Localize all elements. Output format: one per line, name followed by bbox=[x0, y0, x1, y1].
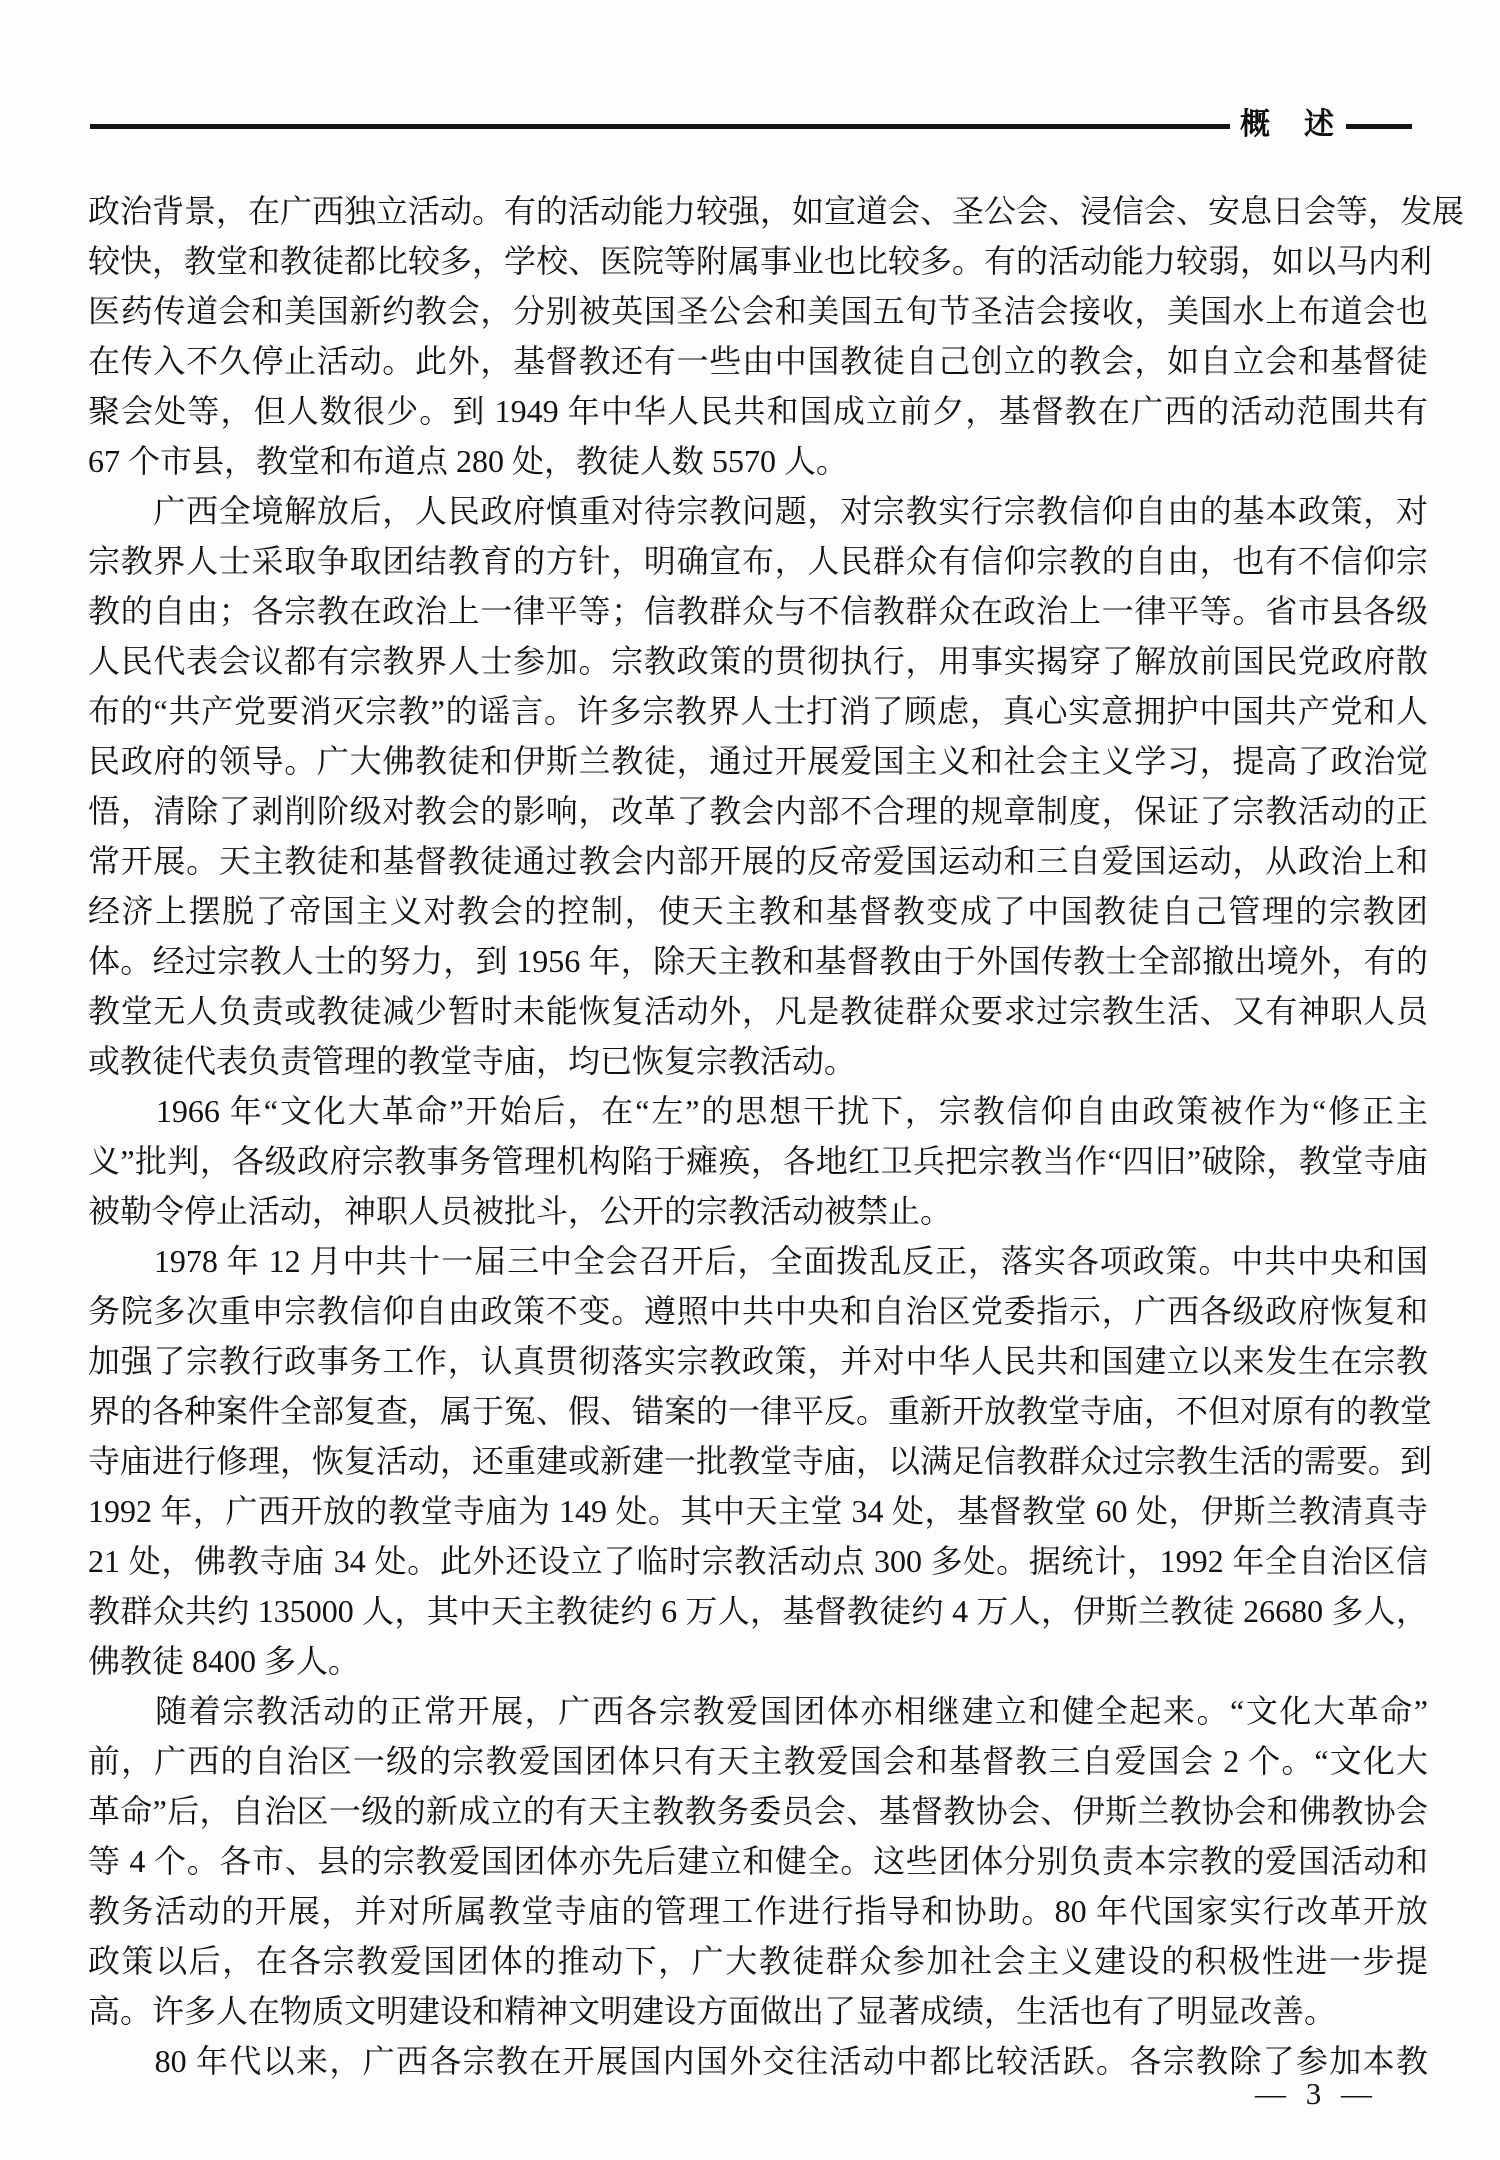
text-line: 等 4 个。各市、县的宗教爱国团体亦先后建立和健全。这些团体分别负责本宗教的爱国… bbox=[88, 1836, 1428, 1886]
text-line: 21 处，佛教寺庙 34 处。此外还设立了临时宗教活动点 300 多处。据统计，… bbox=[88, 1536, 1428, 1586]
text-line: 体。经过宗教人士的努力，到 1956 年，除天主教和基督教由于外国传教士全部撤出… bbox=[88, 936, 1428, 986]
paragraph: 随着宗教活动的正常开展，广西各宗教爱国团体亦相继建立和健全起来。“文化大革命”前… bbox=[88, 1686, 1428, 2036]
text-line: 经济上摆脱了帝国主义对教会的控制，使天主教和基督教变成了中国教徒自己管理的宗教团 bbox=[88, 886, 1428, 936]
text-line: 被勒令停止活动，神职人员被批斗，公开的宗教活动被禁止。 bbox=[88, 1186, 1428, 1236]
article-body: 政治背景，在广西独立活动。有的活动能力较强，如宣道会、圣公会、浸信会、安息日会等… bbox=[88, 186, 1428, 2086]
text-line: 广西全境解放后，人民政府慎重对待宗教问题，对宗教实行宗教信仰自由的基本政策，对 bbox=[88, 486, 1428, 536]
running-head: 概 述 bbox=[90, 100, 1412, 142]
text-line: 教群众共约 135000 人，其中天主教徒约 6 万人，基督教徒约 4 万人，伊… bbox=[88, 1586, 1428, 1636]
paragraph: 80 年代以来，广西各宗教在开展国内国外交往活动中都比较活跃。各宗教除了参加本教 bbox=[88, 2036, 1428, 2086]
text-line: 人民代表会议都有宗教界人士参加。宗教政策的贯彻执行，用事实揭穿了解放前国民党政府… bbox=[88, 636, 1428, 686]
text-line: 民政府的领导。广大佛教徒和伊斯兰教徒，通过开展爱国主义和社会主义学习，提高了政治… bbox=[88, 736, 1428, 786]
text-line: 在传入不久停止活动。此外，基督教还有一些由中国教徒自己创立的教会，如自立会和基督… bbox=[88, 336, 1428, 386]
text-line: 随着宗教活动的正常开展，广西各宗教爱国团体亦相继建立和健全起来。“文化大革命” bbox=[88, 1686, 1428, 1736]
text-line: 政策以后，在各宗教爱国团体的推动下，广大教徒群众参加社会主义建设的积极性进一步提 bbox=[88, 1936, 1428, 1986]
text-line: 前，广西的自治区一级的宗教爱国团体只有天主教爱国会和基督教三自爱国会 2 个。“… bbox=[88, 1736, 1428, 1786]
page-number: — 3 — bbox=[1255, 2074, 1378, 2114]
text-line: 佛教徒 8400 多人。 bbox=[88, 1636, 1428, 1686]
text-line: 务院多次重申宗教信仰自由政策不变。遵照中共中央和自治区党委指示，广西各级政府恢复… bbox=[88, 1286, 1428, 1336]
text-line: 高。许多人在物质文明建设和精神文明建设方面做出了显著成绩，生活也有了明显改善。 bbox=[88, 1986, 1428, 2036]
text-line: 较快，教堂和教徒都比较多，学校、医院等附属事业也比较多。有的活动能力较弱，如以马… bbox=[88, 236, 1428, 286]
paragraph: 广西全境解放后，人民政府慎重对待宗教问题，对宗教实行宗教信仰自由的基本政策，对宗… bbox=[88, 486, 1428, 1086]
text-line: 寺庙进行修理，恢复活动，还重建或新建一批教堂寺庙，以满足信教群众过宗教生活的需要… bbox=[88, 1436, 1428, 1486]
text-line: 医药传道会和美国新约教会，分别被英国圣公会和美国五旬节圣洁会接收，美国水上布道会… bbox=[88, 286, 1428, 336]
text-line: 布的“共产党要消灭宗教”的谣言。许多宗教界人士打消了顾虑，真心实意拥护中国共产党… bbox=[88, 686, 1428, 736]
text-line: 界的各种案件全部复查，属于冤、假、错案的一律平反。重新开放教堂寺庙，不但对原有的… bbox=[88, 1386, 1428, 1436]
paragraph: 1978 年 12 月中共十一届三中全会召开后，全面拨乱反正，落实各项政策。中共… bbox=[88, 1236, 1428, 1686]
text-line: 政治背景，在广西独立活动。有的活动能力较强，如宣道会、圣公会、浸信会、安息日会等… bbox=[88, 186, 1428, 236]
text-line: 革命”后，自治区一级的新成立的有天主教教务委员会、基督教协会、伊斯兰教协会和佛教… bbox=[88, 1786, 1428, 1836]
text-line: 义”批判，各级政府宗教事务管理机构陷于瘫痪，各地红卫兵把宗教当作“四旧”破除，教… bbox=[88, 1136, 1428, 1186]
paragraph: 政治背景，在广西独立活动。有的活动能力较强，如宣道会、圣公会、浸信会、安息日会等… bbox=[88, 186, 1428, 486]
paragraph: 1966 年“文化大革命”开始后，在“左”的思想干扰下，宗教信仰自由政策被作为“… bbox=[88, 1086, 1428, 1236]
text-line: 悟，清除了剥削阶级对教会的影响，改革了教会内部不合理的规章制度，保证了宗教活动的… bbox=[88, 786, 1428, 836]
header-rule-right bbox=[1346, 124, 1412, 129]
text-line: 教的自由；各宗教在政治上一律平等；信教群众与不信教群众在政治上一律平等。省市县各… bbox=[88, 586, 1428, 636]
text-line: 加强了宗教行政事务工作，认真贯彻落实宗教政策，并对中华人民共和国建立以来发生在宗… bbox=[88, 1336, 1428, 1386]
page-header-title: 概 述 bbox=[1240, 106, 1350, 144]
scanned-book-page: 概 述 政治背景，在广西独立活动。有的活动能力较强，如宣道会、圣公会、浸信会、安… bbox=[0, 0, 1500, 2160]
text-line: 80 年代以来，广西各宗教在开展国内国外交往活动中都比较活跃。各宗教除了参加本教 bbox=[88, 2036, 1428, 2086]
text-line: 教堂无人负责或教徒减少暂时未能恢复活动外，凡是教徒群众要求过宗教生活、又有神职人… bbox=[88, 986, 1428, 1036]
header-rule-left bbox=[90, 124, 1230, 129]
text-line: 常开展。天主教徒和基督教徒通过教会内部开展的反帝爱国运动和三自爱国运动，从政治上… bbox=[88, 836, 1428, 886]
text-line: 宗教界人士采取争取团结教育的方针，明确宣布，人民群众有信仰宗教的自由，也有不信仰… bbox=[88, 536, 1428, 586]
text-line: 67 个市县，教堂和布道点 280 处，教徒人数 5570 人。 bbox=[88, 436, 1428, 486]
text-line: 1966 年“文化大革命”开始后，在“左”的思想干扰下，宗教信仰自由政策被作为“… bbox=[88, 1086, 1428, 1136]
text-line: 教务活动的开展，并对所属教堂寺庙的管理工作进行指导和协助。80 年代国家实行改革… bbox=[88, 1886, 1428, 1936]
text-line: 或教徒代表负责管理的教堂寺庙，均已恢复宗教活动。 bbox=[88, 1036, 1428, 1086]
text-line: 1992 年，广西开放的教堂寺庙为 149 处。其中天主堂 34 处，基督教堂 … bbox=[88, 1486, 1428, 1536]
text-line: 1978 年 12 月中共十一届三中全会召开后，全面拨乱反正，落实各项政策。中共… bbox=[88, 1236, 1428, 1286]
text-line: 聚会处等，但人数很少。到 1949 年中华人民共和国成立前夕，基督教在广西的活动… bbox=[88, 386, 1428, 436]
